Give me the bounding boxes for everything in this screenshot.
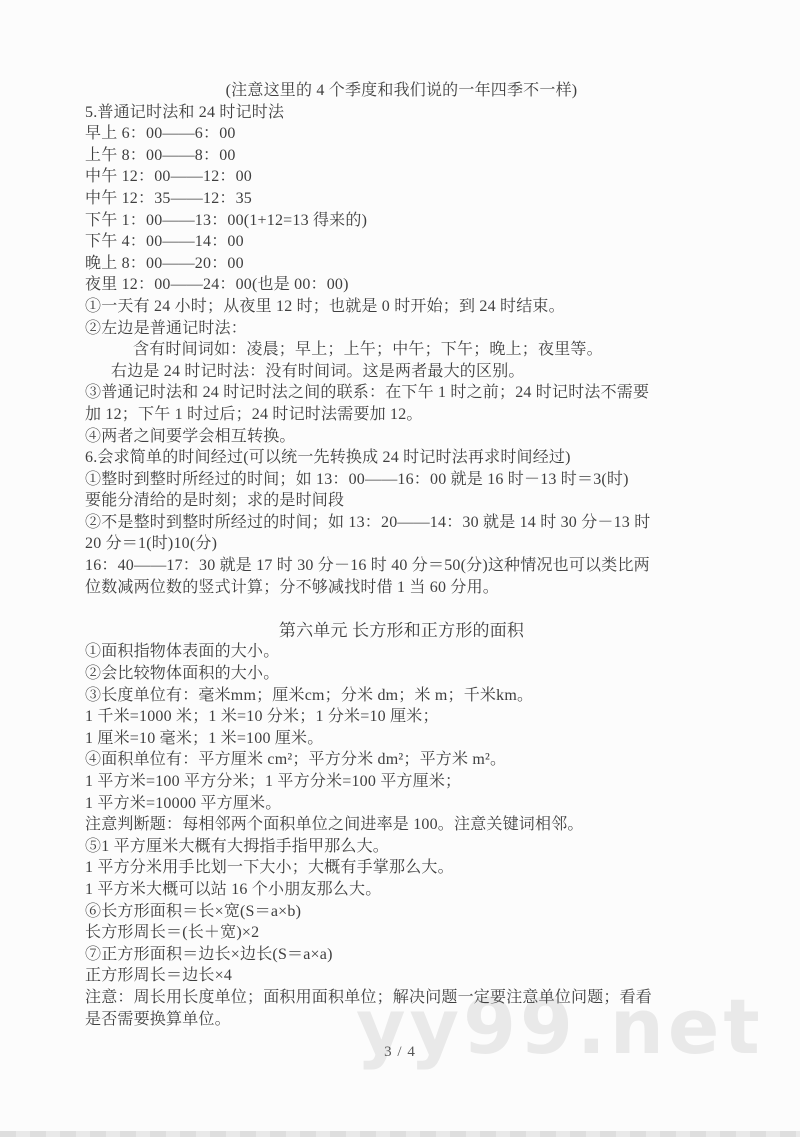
document-body: (注意这里的 4 个季度和我们说的一年四季不一样)5.普通记时法和 24 时记时… [85, 80, 718, 1030]
text-line: 1 平方米大概可以站 16 个小朋友那么大。 [85, 879, 718, 901]
text-line: 是否需要换算单位。 [85, 1009, 718, 1031]
text-line: 右边是 24 时记时法：没有时间词。这是两者最大的区别。 [85, 361, 718, 383]
text-line: ②会比较物体面积的大小。 [85, 663, 718, 685]
text-line: ④面积单位有：平方厘米 cm²；平方分米 dm²；平方米 m²。 [85, 749, 718, 771]
text-line: 下午 4：00——14：00 [85, 231, 718, 253]
text-line: 下午 1：00——13：00(1+12=13 得来的) [85, 210, 718, 232]
text-line: 1 厘米=10 毫米；1 米=100 厘米。 [85, 728, 718, 750]
text-line: 晚上 8：00——20：00 [85, 253, 718, 275]
text-line: 6.会求简单的时间经过(可以统一先转换成 24 时记时法再求时间经过) [85, 447, 718, 469]
text-line: ①一天有 24 小时；从夜里 12 时；也就是 0 时开始；到 24 时结束。 [85, 296, 718, 318]
text-line: 上午 8：00——8：00 [85, 145, 718, 167]
text-line: ①面积指物体表面的大小。 [85, 641, 718, 663]
text-line: 1 平方米=100 平方分米；1 平方分米=100 平方厘米； [85, 771, 718, 793]
text-line: ③长度单位有：毫米mm；厘米cm；分米 dm；米 m；千米km。 [85, 685, 718, 707]
section-heading: 第六单元 长方形和正方形的面积 [85, 620, 718, 642]
page-number: 3 / 4 [0, 1044, 800, 1061]
text-line: 位数减两位数的竖式计算；分不够减找时借 1 当 60 分用。 [85, 577, 718, 599]
bottom-edge-strip [0, 1131, 800, 1137]
blank-line [85, 598, 718, 620]
text-line: 16：40——17：30 就是 17 时 30 分－16 时 40 分＝50(分… [85, 555, 718, 577]
text-line: 1 平方米=10000 平方厘米。 [85, 793, 718, 815]
text-line: ②不是整时到整时所经过的时间；如 13：20——14：30 就是 14 时 30… [85, 512, 718, 534]
text-line: 要能分清给的是时刻；求的是时间段 [85, 490, 718, 512]
text-line: 1 平方分米用手比划一下大小；大概有手掌那么大。 [85, 857, 718, 879]
centered-note-line: (注意这里的 4 个季度和我们说的一年四季不一样) [85, 80, 718, 102]
text-line: 1 千米=1000 米；1 米=10 分米；1 分米=10 厘米； [85, 706, 718, 728]
text-line: 正方形周长＝边长×4 [85, 965, 718, 987]
text-line: ①整时到整时所经过的时间；如 13：00——16：00 就是 16 时－13 时… [85, 469, 718, 491]
text-line: 20 分＝1(时)10(分) [85, 533, 718, 555]
text-line: 注意：周长用长度单位；面积用面积单位；解决问题一定要注意单位问题；看看 [85, 987, 718, 1009]
text-line: ⑦正方形面积＝边长×边长(S＝a×a) [85, 944, 718, 966]
text-line: 长方形周长＝(长＋宽)×2 [85, 922, 718, 944]
text-line: ⑥长方形面积＝长×宽(S＝a×b) [85, 901, 718, 923]
text-line: ②左边是普通记时法： [85, 318, 718, 340]
text-line: ⑤1 平方厘米大概有大拇指手指甲那么大。 [85, 836, 718, 858]
text-line: ④两者之间要学会相互转换。 [85, 426, 718, 448]
document-page: yy99.net (注意这里的 4 个季度和我们说的一年四季不一样)5.普通记时… [0, 0, 800, 1137]
text-line: 夜里 12：00——24：00(也是 00：00) [85, 274, 718, 296]
text-line: 加 12；下午 1 时过后；24 时记时法需要加 12。 [85, 404, 718, 426]
text-line: 中午 12：00——12：00 [85, 166, 718, 188]
text-line: 5.普通记时法和 24 时记时法 [85, 102, 718, 124]
text-line: ③普通记时法和 24 时记时法之间的联系：在下午 1 时之前；24 时记时法不需… [85, 382, 718, 404]
text-line: 早上 6：00——6：00 [85, 123, 718, 145]
text-line: 注意判断题：每相邻两个面积单位之间进率是 100。注意关键词相邻。 [85, 814, 718, 836]
text-line: 中午 12：35——12：35 [85, 188, 718, 210]
text-line: 含有时间词如：凌晨；早上；上午；中午；下午；晚上；夜里等。 [85, 339, 718, 361]
